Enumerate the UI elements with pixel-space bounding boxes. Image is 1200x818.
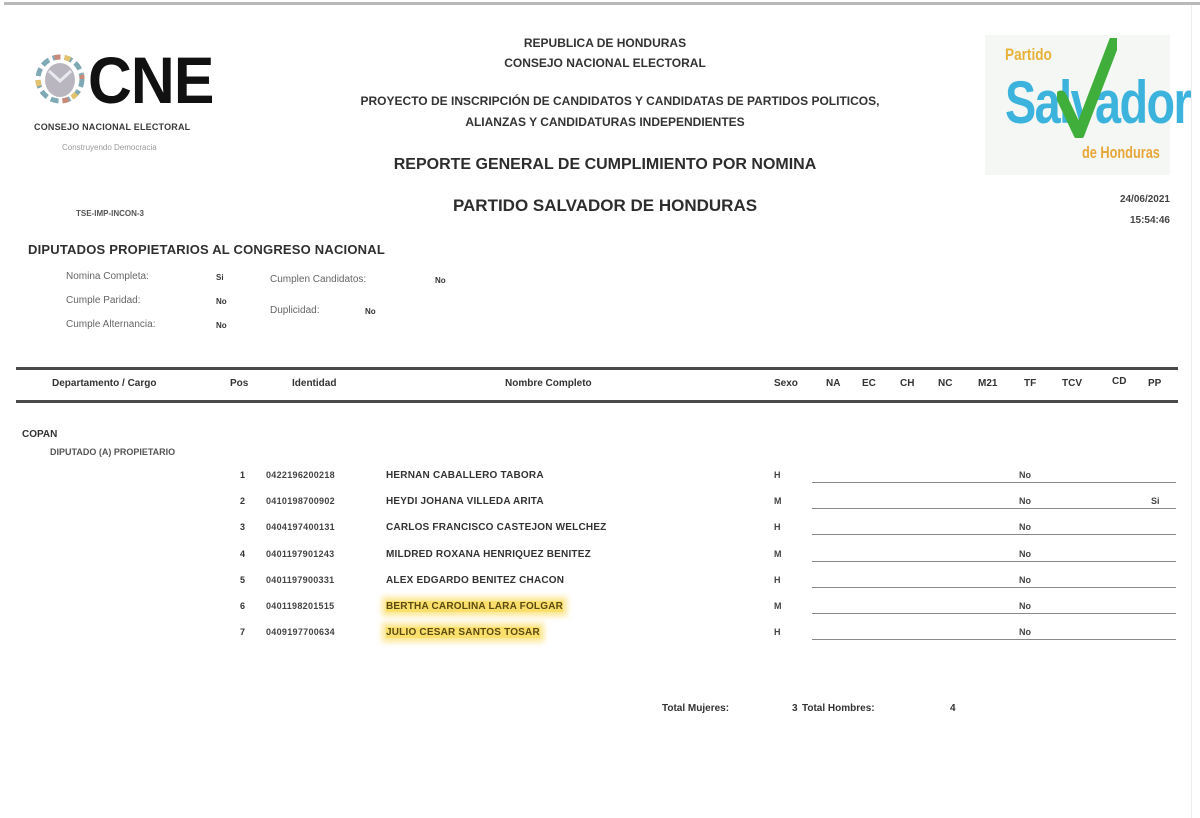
cargo-label: DIPUTADO (A) PROPIETARIO (50, 447, 175, 457)
cell-identidad: 0404197400131 (266, 522, 335, 532)
table-top-rule (16, 367, 1178, 370)
check-label: Cumplen Candidatos: (270, 274, 366, 285)
col-departamento-cargo: Departamento / Cargo (52, 378, 156, 389)
col-tcv: TCV (1062, 378, 1082, 389)
check-label: Duplicidad: (270, 305, 319, 316)
table-row: 40401197901243MILDRED ROXANA HENRIQUEZ B… (0, 549, 1200, 573)
table-row: 50401197900331ALEX EDGARDO BENITEZ CHACO… (0, 575, 1200, 599)
cne-subtitle: CONSEJO NACIONAL ELECTORAL (34, 122, 190, 132)
table-row: 70409197700634JULIO CESAR SANTOS TOSARHN… (0, 627, 1200, 651)
cell-pos: 7 (240, 627, 245, 637)
cell-sexo: M (774, 496, 782, 506)
cell-sexo: H (774, 522, 781, 532)
total-mujeres-label: Total Mujeres: (662, 703, 729, 714)
header-project-line1: PROYECTO DE INSCRIPCIÓN DE CANDIDATOS Y … (290, 94, 950, 108)
document-code: TSE-IMP-INCON-3 (76, 209, 144, 218)
check-value: No (365, 307, 376, 316)
cell-sexo: M (774, 549, 782, 559)
col-tf: TF (1024, 378, 1036, 389)
table-row: 30404197400131CARLOS FRANCISCO CASTEJON … (0, 522, 1200, 546)
check-value: No (435, 276, 446, 285)
row-underline (812, 613, 1176, 614)
table-row: 60401198201515BERTHA CAROLINA LARA FOLGA… (0, 601, 1200, 625)
cell-pos: 1 (240, 470, 245, 480)
cell-nombre: CARLOS FRANCISCO CASTEJON WELCHEZ (386, 522, 607, 533)
check-cumplen-candidatos: Cumplen Candidatos: No (270, 274, 366, 285)
party-name: PARTIDO SALVADOR DE HONDURAS (300, 196, 910, 216)
total-mujeres-value: 3 (792, 703, 798, 714)
cell-sexo: H (774, 470, 781, 480)
total-hombres-label: Total Hombres: (802, 703, 875, 714)
section-title: DIPUTADOS PROPIETARIOS AL CONGRESO NACIO… (28, 242, 385, 257)
check-label: Cumple Alternancia: (66, 319, 156, 330)
col-nombre-completo: Nombre Completo (505, 378, 592, 389)
cell-identidad: 0422196200218 (266, 470, 335, 480)
col-cd: CD (1112, 376, 1126, 387)
cne-wordmark: CNE (88, 47, 213, 113)
cell-tf: No (1018, 627, 1032, 637)
cell-identidad: 0401197900331 (266, 575, 334, 585)
col-pp: PP (1148, 378, 1161, 389)
cell-identidad: 0401198201515 (266, 601, 334, 611)
checkmark-icon (1057, 38, 1117, 138)
page-top-border (4, 2, 1200, 5)
cell-nombre: BERTHA CAROLINA LARA FOLGAR (386, 601, 563, 612)
cne-emblem-icon (34, 49, 86, 109)
check-value: No (216, 321, 227, 330)
cell-identidad: 0409197700634 (266, 627, 335, 637)
col-pos: Pos (230, 378, 248, 389)
cell-pp: Si (1150, 496, 1161, 506)
logo-de-honduras-text: de Honduras (1082, 143, 1160, 163)
cne-tagline: Construyendo Democracia (62, 143, 157, 152)
col-sexo: Sexo (774, 378, 798, 389)
cell-nombre: MILDRED ROXANA HENRIQUEZ BENITEZ (386, 549, 591, 560)
check-value: Si (216, 273, 224, 282)
cne-logo: CNE CONSEJO NACIONAL ELECTORAL Construye… (30, 45, 220, 160)
table-row: 10422196200218HERNAN CABALLERO TABORAHNo (0, 470, 1200, 494)
check-label: Cumple Paridad: (66, 295, 140, 306)
row-underline (812, 534, 1176, 535)
cell-nombre: JULIO CESAR SANTOS TOSAR (386, 627, 540, 638)
cell-tf: No (1018, 522, 1032, 532)
cell-nombre: ALEX EDGARDO BENITEZ CHACON (386, 575, 564, 586)
logo-partido-text: Partido (1005, 45, 1052, 65)
report-title: REPORTE GENERAL DE CUMPLIMIENTO POR NOMI… (300, 156, 910, 174)
check-value: No (216, 297, 227, 306)
cell-tf: No (1018, 601, 1032, 611)
cell-nombre: HERNAN CABALLERO TABORA (386, 470, 544, 481)
col-ec: EC (862, 378, 876, 389)
cell-tf: No (1018, 575, 1032, 585)
row-underline (812, 482, 1176, 483)
cell-tf: No (1018, 470, 1032, 480)
cell-sexo: H (774, 627, 781, 637)
check-duplicidad: Duplicidad: No (270, 305, 319, 316)
cell-sexo: H (774, 575, 781, 585)
cell-pos: 4 (240, 549, 245, 559)
row-underline (812, 587, 1176, 588)
department-label: COPAN (22, 429, 57, 440)
table-row: 20410198700902HEYDI JOHANA VILLEDA ARITA… (0, 496, 1200, 520)
col-m21: M21 (978, 378, 997, 389)
cell-pos: 5 (240, 575, 245, 585)
cell-tf: No (1018, 496, 1032, 506)
header-country: REPUBLICA DE HONDURAS (300, 36, 910, 50)
cell-pos: 3 (240, 522, 245, 532)
row-underline (812, 639, 1176, 640)
check-cumple-alternancia: Cumple Alternancia: No (66, 319, 156, 330)
table-header-bottom-rule (16, 400, 1178, 403)
col-ch: CH (900, 378, 914, 389)
report-time: 15:54:46 (1130, 215, 1170, 226)
cell-pos: 6 (240, 601, 245, 611)
header-institution: CONSEJO NACIONAL ELECTORAL (300, 56, 910, 70)
col-na: NA (826, 378, 840, 389)
cell-pos: 2 (240, 496, 245, 506)
cell-sexo: M (774, 601, 782, 611)
col-identidad: Identidad (292, 378, 336, 389)
check-nomina-completa: Nomina Completa: Si (66, 271, 149, 282)
row-underline (812, 561, 1176, 562)
header-project-line2: ALIANZAS Y CANDIDATURAS INDEPENDIENTES (300, 115, 910, 129)
cell-identidad: 0401197901243 (266, 549, 334, 559)
check-label: Nomina Completa: (66, 271, 149, 282)
total-hombres-value: 4 (950, 703, 956, 714)
check-cumple-paridad: Cumple Paridad: No (66, 295, 140, 306)
page-right-border (1191, 5, 1192, 818)
cell-tf: No (1018, 549, 1032, 559)
cell-nombre: HEYDI JOHANA VILLEDA ARITA (386, 496, 544, 507)
row-underline (812, 508, 1176, 509)
partido-salvador-logo: Partido Salvador de Honduras (985, 35, 1170, 175)
report-date: 24/06/2021 (1120, 194, 1170, 205)
col-nc: NC (938, 378, 952, 389)
cell-identidad: 0410198700902 (266, 496, 335, 506)
